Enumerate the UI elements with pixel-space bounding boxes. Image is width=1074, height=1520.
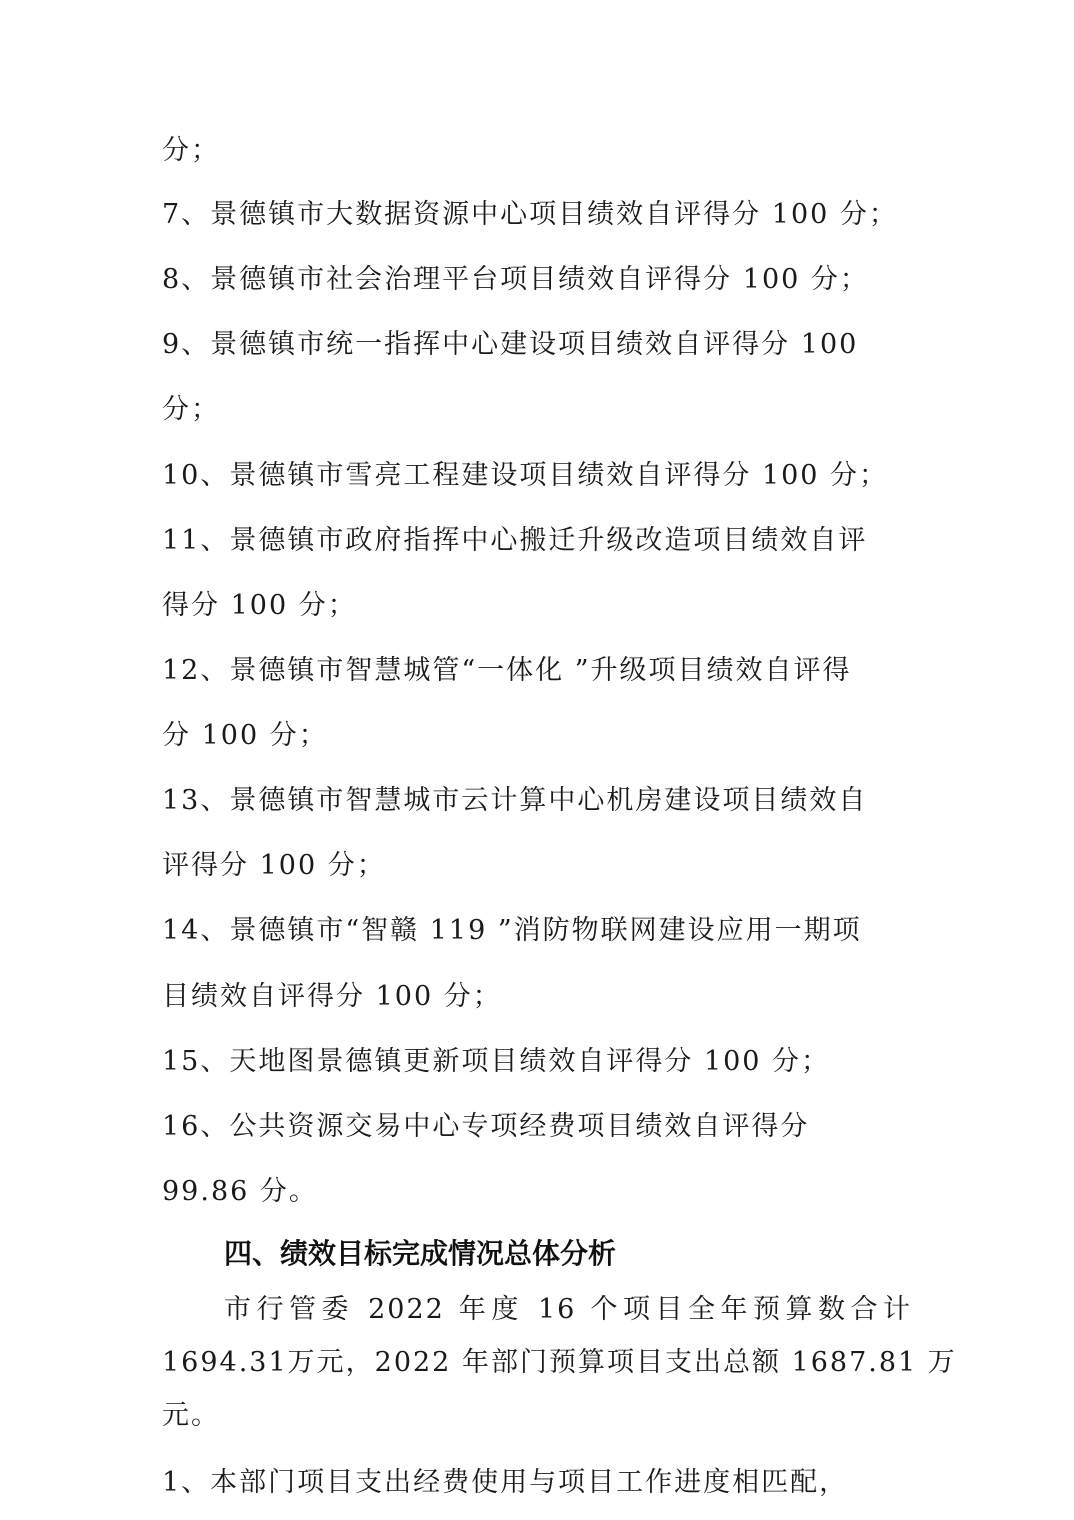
text-line-item-1: 1、本部门项目支出经费使用与项目工作进度相匹配，: [162, 1466, 848, 1500]
document-page: 分； 7、景德镇市大数据资源中心项目绩效自评得分 100 分； 8、景德镇市社会…: [0, 0, 1074, 1520]
text-line-score-10: 10、景德镇市雪亮工程建设项目绩效自评得分 100 分；: [162, 459, 888, 493]
text-line-score-7: 7、景德镇市大数据资源中心项目绩效自评得分 100 分；: [162, 198, 898, 232]
text-line-score-8: 8、景德镇市社会治理平台项目绩效自评得分 100 分；: [162, 263, 869, 297]
text-line-score-9-end: 分；: [162, 393, 220, 427]
text-line-score-12-end: 分 100 分；: [162, 719, 328, 753]
text-line-score-9: 9、景德镇市统一指挥中心建设项目绩效自评得分 100: [162, 328, 858, 362]
paragraph-line-3: 元。: [162, 1399, 220, 1433]
text-line-score-13-end: 评得分 100 分；: [162, 849, 386, 883]
text-line-score-14: 14、景德镇市“智赣 119 ”消防物联网建设应用一期项: [162, 914, 862, 948]
text-line-score-12: 12、景德镇市智慧城管“一体化 ”升级项目绩效自评得: [162, 654, 852, 688]
text-line-score-16: 16、公共资源交易中心专项经费项目绩效自评得分: [162, 1110, 809, 1144]
text-line-score-11: 11、景德镇市政府指挥中心搬迁升级改造项目绩效自评: [162, 524, 867, 558]
text-line-score-16-end: 99.86 分。: [162, 1175, 318, 1209]
paragraph-line-1: 市行管委 2022 年度 16 个项目全年预算数合计: [224, 1293, 912, 1327]
text-line-score-13: 13、景德镇市智慧城市云计算中心机房建设项目绩效自: [162, 784, 867, 818]
section-heading: 四、绩效目标完成情况总体分析: [224, 1237, 616, 1271]
text-line-score-6-end: 分；: [162, 134, 220, 168]
paragraph-line-2: 1694.31万元，2022 年部门预算项目支出总额 1687.81 万: [162, 1346, 912, 1380]
text-line-score-14-end: 目绩效自评得分 100 分；: [162, 980, 502, 1014]
text-line-score-11-end: 得分 100 分；: [162, 589, 357, 623]
text-line-score-15: 15、天地图景德镇更新项目绩效自评得分 100 分；: [162, 1045, 830, 1079]
